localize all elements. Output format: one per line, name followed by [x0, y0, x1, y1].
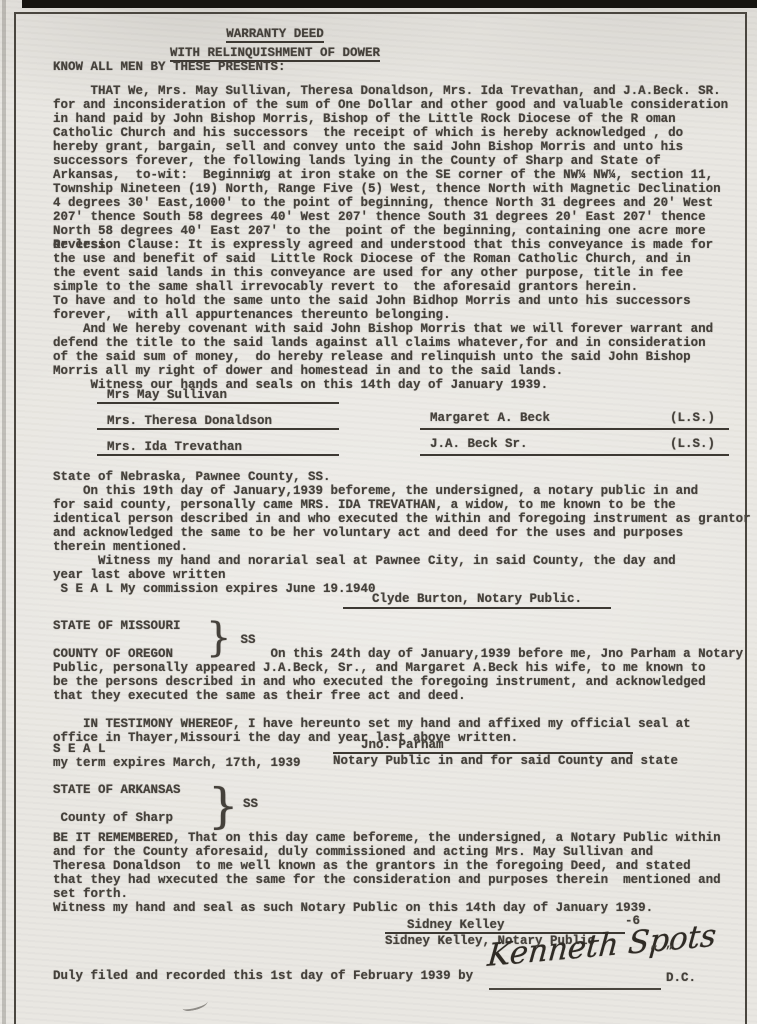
stray-pencil-mark [181, 997, 209, 1012]
nebraska-acknowledgment: State of Nebraska, Pawnee County, SS. On… [53, 470, 751, 596]
missouri-acknowledgment: STATE OF MISSOURI SS COUNTY OF OREGON On… [53, 619, 743, 745]
signature-row-trevathan: Mrs. Ida Trevathan [97, 437, 339, 456]
granting-paragraph: THAT We, Mrs. May Sullivan, Theresa Dona… [53, 84, 728, 252]
seal-abbreviation: (L.S.) [670, 437, 715, 454]
seal-abbreviation: (L.S.) [670, 411, 715, 428]
scanned-deed-page: WARRANTY DEED WITH RELINQUISHMENT OF DOW… [0, 0, 757, 1024]
signature-row-sullivan: Mrs May Sullivan [97, 385, 339, 404]
grantor-signature: Margaret A. Beck [430, 411, 550, 428]
signature-row-donaldson: Mrs. Theresa Donaldson [97, 411, 339, 430]
grantor-signature: Mrs. Theresa Donaldson [97, 414, 272, 428]
curly-brace: } [208, 778, 239, 834]
notary-signature-jno-parham: Jno. Parham [333, 738, 633, 754]
remembered-paragraph: BE IT REMEMBERED, That on this day came … [53, 831, 721, 915]
notary-signature-clyde-burton: Clyde Burton, Notary Public. [343, 592, 611, 609]
curly-brace: } [206, 615, 231, 661]
deputy-clerk-abbreviation: D.C. [666, 971, 696, 985]
reversion-paragraph: Reversion Clause: It is expressly agreed… [53, 238, 713, 392]
grantor-signature: J.A. Beck Sr. [430, 437, 528, 454]
salutation: KNOW ALL MEN BY THESE PRESENTS: [53, 60, 286, 74]
notary-title: Notary Public in and for said County and… [333, 754, 678, 768]
page-frame-left [14, 12, 16, 1024]
scan-top-edge-bar [22, 0, 757, 8]
recorder-signature-underline [489, 988, 661, 990]
arkansas-ss: SS [243, 797, 258, 811]
page-frame-top [14, 12, 747, 14]
title-block: WARRANTY DEED WITH RELINQUISHMENT OF DOW… [120, 24, 430, 62]
signature-row-margaret-beck: Margaret A. Beck (L.S.) [420, 411, 729, 430]
parham-signature-block: Jno. Parham Notary Public in and for sai… [333, 738, 678, 768]
grantor-signature: Mrs May Sullivan [97, 388, 227, 402]
stray-quote-marks: ” ” [650, 944, 673, 959]
scan-left-edge-shadow [2, 0, 6, 1024]
seal-term-block: S E A L my term expires March, 17th, 193… [53, 742, 301, 770]
filing-statement: Duly filed and recorded this 1st day of … [53, 969, 473, 983]
grantor-signature: Mrs. Ida Trevathan [97, 440, 242, 454]
signature-row-ja-beck: J.A. Beck Sr. (L.S.) [420, 437, 729, 456]
arkansas-venue: STATE OF ARKANSAS County of Sharp [53, 783, 181, 825]
deed-title: WARRANTY DEED [226, 27, 324, 43]
